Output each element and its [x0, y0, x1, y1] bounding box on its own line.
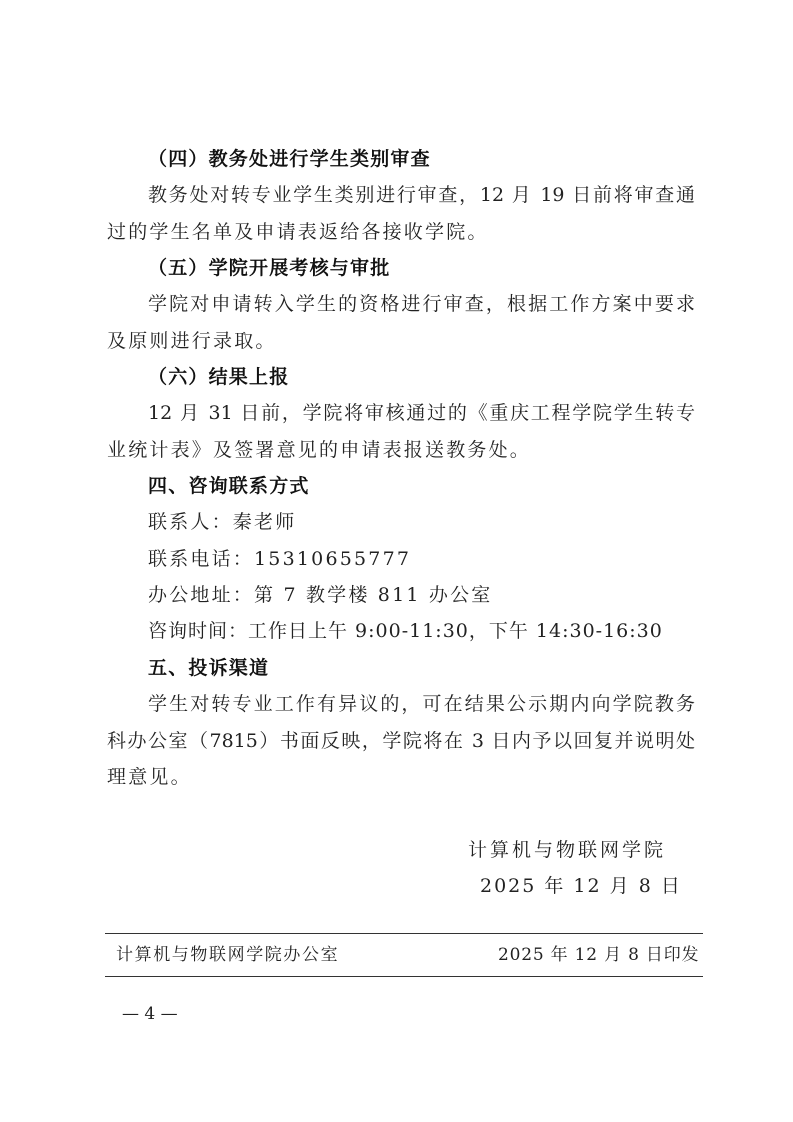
contact-phone: 联系电话：15310655777 [148, 547, 736, 571]
contact-address: 办公地址：第 7 教学楼 811 办公室 [148, 583, 736, 607]
paragraph-line: 教务处对转专业学生类别进行审查，12 月 19 日前将审查通 [148, 183, 695, 207]
contact-person: 联系人：秦老师 [148, 510, 736, 534]
footer-issuer: 计算机与物联网学院办公室 [116, 944, 339, 966]
footer-top-rule [105, 933, 703, 934]
paragraph-line: 学生对转专业工作有异议的，可在结果公示期内向学院教务 [148, 692, 695, 716]
section-heading-review: （四）教务处进行学生类别审查 [148, 147, 736, 171]
document-page: （四）教务处进行学生类别审查 教务处对转专业学生类别进行审查，12 月 19 日… [0, 0, 793, 1122]
paragraph-line: 学院对申请转入学生的资格进行审查，根据工作方案中要求 [148, 292, 695, 316]
footer-issue-date: 2025 年 12 月 8 日印发 [498, 944, 699, 966]
footer-bottom-rule [105, 976, 703, 977]
paragraph-line: 及原则进行录取。 [107, 329, 695, 353]
paragraph-line: 业统计表》及签署意见的申请表报送教务处。 [107, 438, 695, 462]
section-heading-complaint: 五、投诉渠道 [148, 656, 736, 680]
contact-hours: 咨询时间：工作日上午 9:00-11:30，下午 14:30-16:30 [148, 619, 736, 643]
section-heading-assessment: （五）学院开展考核与审批 [148, 256, 736, 280]
signature-organization: 计算机与物联网学院 [468, 838, 666, 862]
paragraph-line: 过的学生名单及申请表返给各接收学院。 [107, 220, 695, 244]
signature-date: 2025 年 12 月 8 日 [480, 874, 682, 898]
section-heading-report: （六）结果上报 [148, 365, 736, 389]
paragraph-line: 理意见。 [107, 765, 695, 789]
paragraph-line: 科办公室（7815）书面反映，学院将在 3 日内予以回复并说明处 [107, 729, 695, 753]
section-heading-contact: 四、咨询联系方式 [148, 474, 736, 498]
paragraph-line: 12 月 31 日前，学院将审核通过的《重庆工程学院学生转专 [148, 401, 695, 425]
page-number: — 4 — [122, 1003, 178, 1025]
